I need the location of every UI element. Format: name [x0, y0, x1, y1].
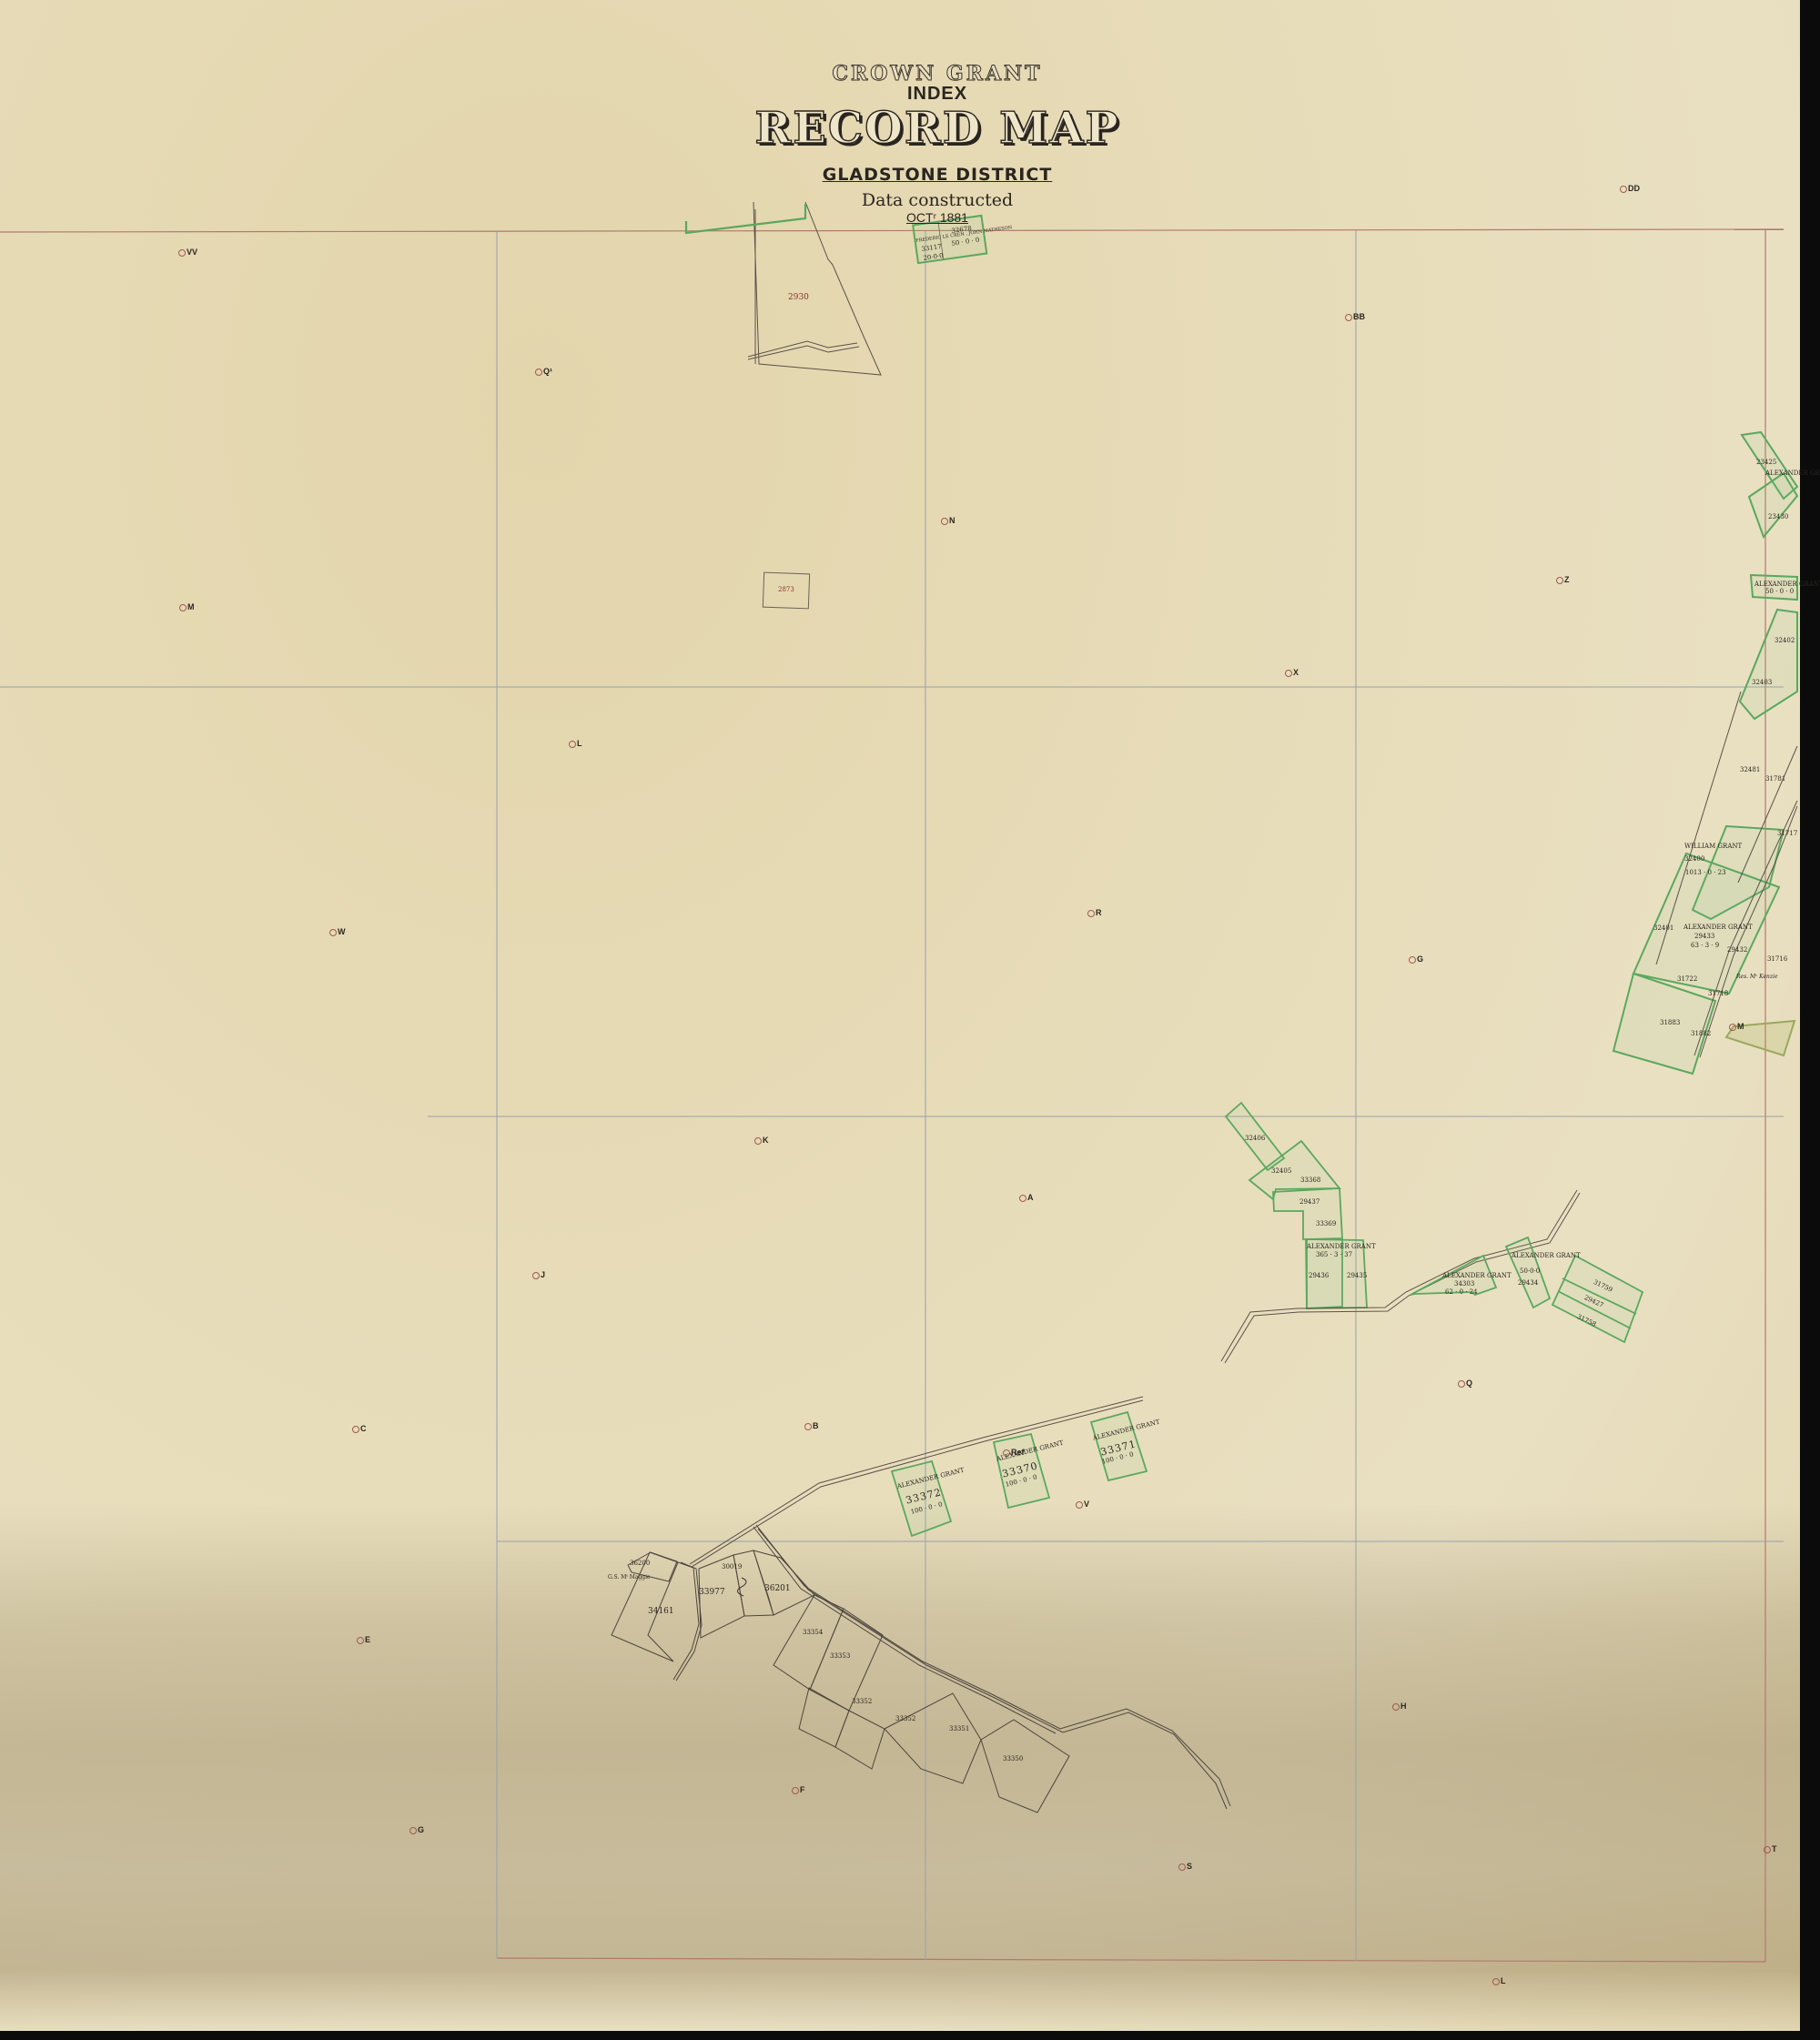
parcel-29434-area: 50·0·0 [1520, 1267, 1540, 1275]
parcel-33350: 33350 [1003, 1755, 1023, 1762]
trig-circle-icon [178, 249, 186, 257]
trig-label: BB [1353, 312, 1365, 321]
trig-station: S [1178, 1862, 1192, 1871]
parcel-33352: 33352 [852, 1698, 872, 1705]
trig-circle-icon [1458, 1380, 1465, 1388]
parcel-31722: 31722 [1677, 975, 1697, 983]
trig-label: Q¹ [543, 367, 552, 376]
parcel-23431-area: 50 · 0 · 0 [1765, 588, 1794, 595]
trig-station: V [1076, 1500, 1089, 1509]
map-sheet: CROWN GRANT INDEX RECORD MAP GLADSTONE D… [0, 0, 1800, 2031]
station-mt-maggie: G.S. Mᵗ Maggie [608, 1574, 651, 1580]
trig-label: X [1293, 668, 1299, 677]
trig-label: T [1772, 1844, 1777, 1853]
trig-circle-icon [409, 1827, 417, 1834]
title-constructed: Data constructed [746, 190, 1128, 210]
trig-circle-icon [1392, 1703, 1400, 1711]
trig-station: G [1409, 954, 1423, 964]
parcel-31718: 31718 [1708, 990, 1728, 997]
trig-label: Z [1564, 575, 1570, 584]
parcel-33368: 33368 [1300, 1177, 1320, 1184]
parcel-31781: 31781 [1765, 775, 1785, 783]
parcel-33369: 33369 [1316, 1220, 1336, 1227]
parcel-32400-area: 1013 · 0 · 23 [1685, 869, 1726, 876]
parcel-32401: 32401 [1653, 924, 1673, 932]
trig-circle-icon [1076, 1501, 1083, 1509]
trig-station: K [754, 1136, 769, 1145]
title-index: INDEX [746, 84, 1128, 105]
trig-label: G [1417, 954, 1423, 964]
trig-station: VV [178, 247, 197, 257]
trig-label: L [1501, 1976, 1506, 1985]
trig-station: R [1087, 908, 1102, 917]
trig-station: M [179, 602, 195, 611]
trig-label: C [360, 1424, 367, 1433]
trig-station: B [804, 1421, 819, 1430]
parcel-2930: 2930 [788, 293, 809, 302]
map-linework [0, 0, 1800, 2031]
parcel-29434: 29434 [1518, 1279, 1538, 1287]
parcel-32403: 32403 [1752, 679, 1772, 686]
parcel-29437: 29437 [1299, 1198, 1319, 1206]
trig-circle-icon [1620, 186, 1627, 193]
parcel-30019: 30019 [722, 1563, 742, 1570]
trig-station: F [792, 1785, 805, 1794]
trig-circle-icon [569, 741, 576, 748]
trig-station: N [941, 516, 955, 525]
trig-circle-icon [804, 1423, 812, 1430]
trig-circle-icon [1764, 1846, 1771, 1853]
map-frame [0, 229, 1784, 1962]
reserve-mckenzie-note: Res. Mᶜ Kenzie [1736, 974, 1778, 980]
trig-circle-icon [179, 604, 187, 611]
trig-label: M [1737, 1022, 1744, 1031]
trig-label: F [800, 1785, 805, 1794]
trig-station: BB [1345, 312, 1365, 321]
parcel-29435: 29435 [1347, 1272, 1367, 1279]
parcel-33351: 33351 [949, 1725, 969, 1732]
trig-station: H [1392, 1702, 1407, 1711]
alexander-grant-center-area: 365 · 3 · 37 [1316, 1251, 1352, 1258]
trig-label: A [1027, 1193, 1034, 1202]
parcel-31716: 31716 [1767, 955, 1787, 963]
trig-label: S [1187, 1862, 1192, 1871]
trig-label: W [338, 927, 346, 936]
title-block: CROWN GRANT INDEX RECORD MAP GLADSTONE D… [746, 62, 1128, 225]
parcel-29433-owner: ALEXANDER GRANT [1683, 924, 1753, 931]
trig-circle-icon [1492, 1978, 1500, 1985]
plots-lower-left [612, 1525, 1230, 1813]
trig-circle-icon [535, 369, 542, 376]
trig-station: M [1729, 1022, 1744, 1031]
parcel-33353: 33353 [830, 1652, 850, 1660]
parcel-23425-owner: ALEXANDER GRANT [1765, 470, 1820, 477]
trig-station: T [1764, 1844, 1777, 1853]
trig-label: E [365, 1635, 370, 1644]
trig-circle-icon [532, 1272, 540, 1279]
trig-label: L [577, 739, 582, 748]
trig-circle-icon [1178, 1863, 1186, 1871]
trig-station: X [1285, 668, 1299, 677]
grants-center-cluster [1226, 1103, 1367, 1308]
parcel-32406: 32406 [1245, 1135, 1265, 1142]
trig-label: VV [187, 247, 197, 257]
trig-circle-icon [1285, 670, 1292, 677]
parcel-34303: 34303 [1454, 1280, 1474, 1288]
trig-circle-icon [1729, 1024, 1736, 1031]
trig-label: K [763, 1136, 769, 1145]
trig-label: DD [1628, 184, 1640, 193]
trig-station: J [532, 1270, 545, 1279]
trig-station: A [1019, 1193, 1034, 1202]
trig-station: L [569, 739, 582, 748]
grid-lines [0, 230, 1784, 1961]
title-crown-grant: CROWN GRANT [746, 62, 1128, 86]
parcel-32400-owner: WILLIAM GRANT [1684, 843, 1742, 850]
parcel-31883: 31883 [1660, 1019, 1680, 1026]
title-record-map: RECORD MAP [746, 105, 1128, 152]
parcel-32481: 32481 [1740, 766, 1760, 773]
parcel-29436: 29436 [1309, 1272, 1329, 1279]
parcel-23430: 23430 [1768, 513, 1788, 520]
trig-label: N [949, 516, 955, 525]
parcel-32400: 32400 [1684, 855, 1704, 863]
parcel-32402: 32402 [1774, 637, 1795, 644]
title-district: GLADSTONE DISTRICT [746, 165, 1128, 185]
trig-station: Q¹ [535, 367, 552, 376]
trig-label: H [1400, 1702, 1407, 1711]
plot-2930 [748, 202, 881, 375]
trig-circle-icon [329, 929, 337, 936]
parcel-36200: 36200 [630, 1560, 650, 1567]
parcel-29432: 29432 [1727, 946, 1747, 954]
parcel-29434-owner: ALEXANDER GRANT [1512, 1252, 1581, 1259]
trig-label: M [187, 602, 195, 611]
trig-label: R [1096, 908, 1102, 917]
trig-station: Z [1556, 575, 1570, 584]
parcel-23425: 23425 [1756, 459, 1776, 466]
trig-station: C [352, 1424, 367, 1433]
trig-station: W [329, 927, 346, 936]
trig-circle-icon [357, 1637, 364, 1644]
trig-circle-icon [941, 518, 948, 525]
trig-label: G [418, 1825, 424, 1834]
trig-station: E [357, 1635, 370, 1644]
title-date: OCTʳ 1881 [746, 210, 1128, 225]
parcel-33354: 33354 [803, 1629, 823, 1636]
parcel-31717: 31717 [1777, 830, 1797, 837]
trig-station: L [1492, 1976, 1506, 1985]
parcel-36201: 36201 [764, 1584, 791, 1593]
trig-label: V [1084, 1500, 1089, 1509]
parcel-32405: 32405 [1271, 1167, 1291, 1175]
parcel-29433: 29433 [1694, 933, 1714, 940]
trig-circle-icon [1556, 577, 1563, 584]
trig-station: Q [1458, 1379, 1472, 1388]
parcel-29433-area: 63 · 3 · 9 [1691, 942, 1719, 949]
trig-label: Q [1466, 1379, 1472, 1388]
trig-label: J [541, 1270, 545, 1279]
parcel-34303-area: 62 · 0 · 24 [1445, 1288, 1478, 1296]
parcel-34161: 34161 [648, 1607, 674, 1616]
alexander-grant-center-owner: ALEXANDER GRANT [1307, 1243, 1376, 1250]
parcel-31882: 31882 [1691, 1030, 1711, 1037]
trig-circle-icon [1409, 956, 1416, 964]
parcel-33352-b: 33352 [895, 1715, 915, 1722]
trig-station: DD [1620, 184, 1640, 193]
trig-label: B [813, 1421, 819, 1430]
trig-circle-icon [1019, 1195, 1026, 1202]
trig-circle-icon [754, 1137, 762, 1145]
trig-station: G [409, 1825, 424, 1834]
trig-circle-icon [792, 1787, 799, 1794]
parcel-33977: 33977 [699, 1588, 725, 1597]
parcel-2873: 2873 [778, 586, 794, 593]
trig-circle-icon [352, 1426, 359, 1433]
parcel-23431-owner: ALEXANDER GRANT [1754, 581, 1820, 588]
trig-circle-icon [1087, 910, 1095, 917]
parcel-34303-owner: ALEXANDER GRANT [1442, 1272, 1512, 1279]
trig-circle-icon [1345, 314, 1352, 321]
